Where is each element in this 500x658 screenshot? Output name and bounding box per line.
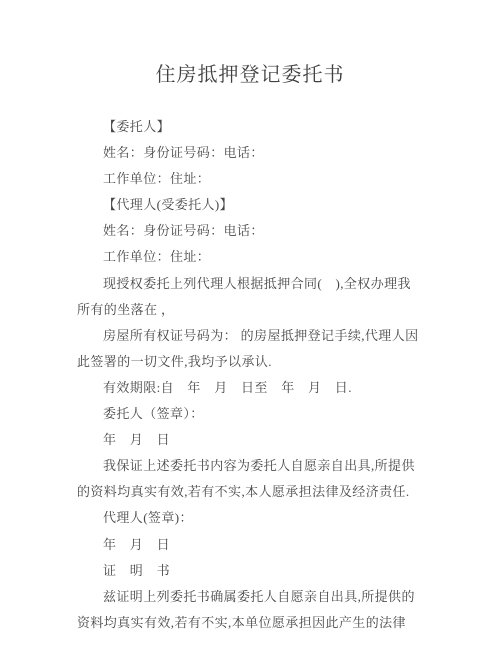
document-line: 所有的坐落在 ， (77, 297, 437, 323)
document-line: 房屋所有权证号码为： 的房屋抵押登记手续,代理人因 (77, 323, 437, 349)
document-line: 工作单位：住址： (77, 244, 437, 270)
document-line: 【代理人(受委托人)】 (77, 192, 437, 218)
document-line: 姓名：身份证号码：电话： (77, 140, 437, 166)
document-line: 姓名：身份证号码：电话： (77, 218, 437, 244)
document-line: 【委托人】 (77, 114, 437, 140)
document-line: 年 月 日 (77, 532, 437, 558)
document-line: 委托人（签章）： (77, 401, 437, 427)
document-line: 年 月 日 (77, 427, 437, 453)
document-line: 工作单位：住址： (77, 166, 437, 192)
document-title: 住房抵押登记委托书 (0, 58, 500, 87)
document-line: 现授权委托上列代理人根据抵押合同( ),全权办理我 (77, 271, 437, 297)
document-line: 代理人(签章)： (77, 505, 437, 531)
document-line: 证 明 书 (77, 558, 437, 584)
document-line: 的资料均真实有效,若有不实,本人愿承担法律及经济责任. (77, 479, 437, 505)
document-line: 兹证明上列委托书确属委托人自愿亲自出具,所提供的 (77, 584, 437, 610)
document-page: 住房抵押登记委托书 【委托人】姓名：身份证号码：电话：工作单位：住址：【代理人(… (0, 0, 500, 658)
document-line: 我保证上述委托书内容为委托人自愿亲自出具,所提供 (77, 453, 437, 479)
document-line: 此签署的一切文件,我均予以承认. (77, 349, 437, 375)
document-line: 有效期限:自 年 月 日至 年 月 日. (77, 375, 437, 401)
document-line: 资料均真实有效,若有不实,本单位愿承担因此产生的法律 (77, 610, 437, 636)
document-body: 【委托人】姓名：身份证号码：电话：工作单位：住址：【代理人(受委托人)】姓名：身… (77, 114, 437, 636)
